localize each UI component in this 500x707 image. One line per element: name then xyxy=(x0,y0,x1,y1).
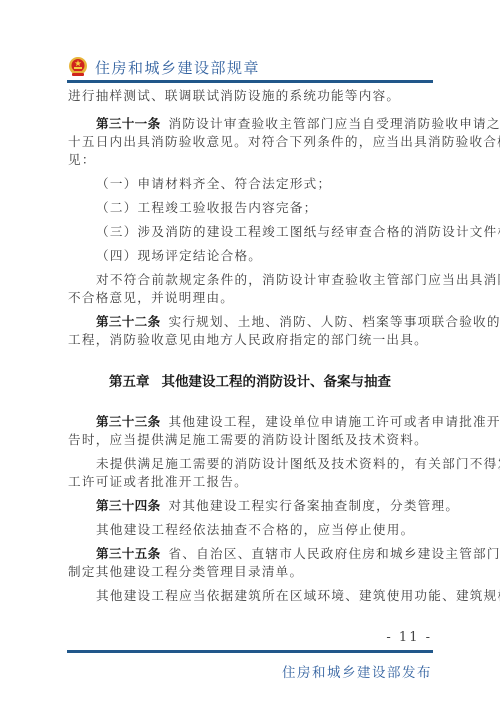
list-item: （三）涉及消防的建设工程竣工图纸与经审查合格的消防设计文件相符； xyxy=(96,224,460,240)
article-33: 第三十三条其他建设工程，建设单位申请施工许可或者申请批准开工报 xyxy=(96,414,460,430)
page-number: - 11 - xyxy=(386,630,432,645)
text-line: 未提供满足施工需要的消防设计图纸及技术资料的，有关部门不得发放施 xyxy=(96,456,460,472)
list-item: （四）现场评定结论合格。 xyxy=(96,248,460,264)
text-line: 工许可证或者批准开工报告。 xyxy=(68,474,432,490)
article-number: 第三十二条 xyxy=(96,314,160,329)
national-emblem-icon xyxy=(67,56,89,78)
article-number: 第三十三条 xyxy=(96,414,160,429)
article-35: 第三十五条省、自治区、直辖市人民政府住房和城乡建设主管部门应当 xyxy=(96,546,460,562)
header-title: 住房和城乡建设部规章 xyxy=(95,57,260,78)
text-line: 对不符合前款规定条件的，消防设计审查验收主管部门应当出具消防验收 xyxy=(96,272,460,288)
footer-publisher: 住房和城乡建设部发布 xyxy=(282,661,432,681)
footer-rule xyxy=(67,650,433,653)
article-number: 第三十四条 xyxy=(96,498,160,513)
header-rule xyxy=(67,80,433,83)
text-line: 十五日内出具消防验收意见。对符合下列条件的，应当出具消防验收合格意 xyxy=(68,134,432,150)
article-number: 第三十一条 xyxy=(96,116,160,131)
article-number: 第三十五条 xyxy=(96,546,160,561)
document-page: 住房和城乡建设部规章 进行抽样测试、联调联试消防设施的系统功能等内容。 第三十一… xyxy=(0,0,500,707)
text-line: 告时，应当提供满足施工需要的消防设计图纸及技术资料。 xyxy=(68,432,432,448)
text-line: 不合格意见，并说明理由。 xyxy=(68,290,432,306)
text-line: 进行抽样测试、联调联试消防设施的系统功能等内容。 xyxy=(68,88,432,104)
article-34: 第三十四条对其他建设工程实行备案抽查制度，分类管理。 xyxy=(96,498,460,514)
page-header: 住房和城乡建设部规章 xyxy=(67,54,433,80)
list-item: （二）工程竣工验收报告内容完备； xyxy=(96,200,460,216)
chapter-heading: 第五章其他建设工程的消防设计、备案与抽查 xyxy=(0,370,500,390)
chapter-title: 其他建设工程的消防设计、备案与抽查 xyxy=(162,374,392,390)
article-31: 第三十一条消防设计审查验收主管部门应当自受理消防验收申请之日起 xyxy=(96,116,460,132)
list-item: （一）申请材料齐全、符合法定形式； xyxy=(96,176,460,192)
text-line: 其他建设工程经依法抽查不合格的，应当停止使用。 xyxy=(96,522,460,538)
article-32: 第三十二条实行规划、土地、消防、人防、档案等事项联合验收的建设 xyxy=(96,314,460,330)
text-line: 见： xyxy=(68,152,432,168)
text-line: 其他建设工程应当依据建筑所在区域环境、建筑使用功能、建筑规模和高 xyxy=(96,588,460,604)
chapter-number: 第五章 xyxy=(109,374,150,390)
text-line: 制定其他建设工程分类管理目录清单。 xyxy=(68,564,432,580)
text-line: 工程，消防验收意见由地方人民政府指定的部门统一出具。 xyxy=(68,332,432,348)
